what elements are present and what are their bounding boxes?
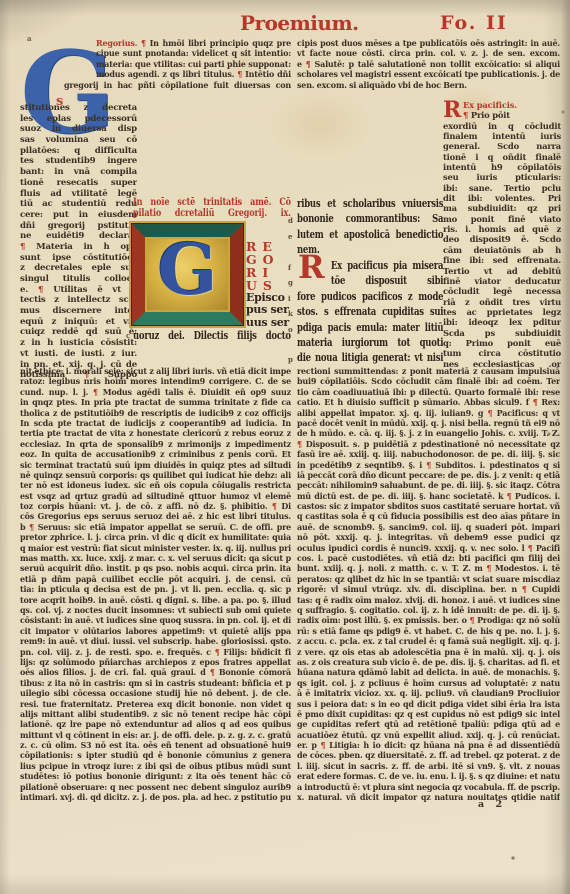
text-line: studētes: iō potius bononie dirigunt: z … <box>20 771 291 781</box>
text-line: seruū acquirit dño. instit. p qs pso. no… <box>20 563 291 573</box>
text-line: dit ibi: volentes. Pri <box>443 193 561 203</box>
text-line: z decretales eple sub <box>20 263 137 274</box>
text-line: RI <box>246 266 292 279</box>
text-line: les eplas pdecessorū <box>20 114 137 125</box>
text-line: fasū ire aē. xxiij. q. iiij. nabuchodono… <box>297 449 560 459</box>
text-line: lius pcipue in vtroqz iure: z ibi qsi de… <box>20 761 291 771</box>
text-line: tas: q ē radix oīm maloz. xlvij. di. hon… <box>297 595 560 605</box>
text-line: mū dictū est. de pe. di. iiij. §. hanc s… <box>297 491 560 501</box>
text-line: rectioni summittendas: z ponit materiā z… <box>297 366 560 376</box>
text-line: z. c. cū olim. S3 nō est ita. oēs eñ ten… <box>20 740 291 750</box>
left-opening-gloss: Regorius. ¶ In hmōi libri principio quqz… <box>20 38 291 90</box>
main-text-left-line: uoruz dei. Dilectis filijs docto <box>133 329 291 343</box>
text-line: cōsistant: in auē. vt iudices sine quoq … <box>20 615 291 625</box>
text-line: tio cām coadiuuatiuā ibi: p dilectū. Qua… <box>297 387 560 397</box>
text-line: intentū h9 cōpilatōis <box>443 162 561 172</box>
text-line: k <box>288 306 297 321</box>
text-line: i <box>288 291 297 306</box>
text-line: sen. excom. si aliquādo vbi de hoc Bern. <box>297 80 560 90</box>
text-line: ibi: sane. Tertio pclu <box>443 183 561 193</box>
text-line: as. z ois creatura sub vicio ē. de pe. d… <box>297 657 560 667</box>
text-line: nem. <box>297 242 443 257</box>
text-line: est vsqz ad qrtuz gradū ad siltudinē qtt… <box>20 491 291 501</box>
margin-reference-letters: defgikop <box>288 198 297 368</box>
text-line <box>288 337 297 352</box>
main-text-right: ribus et scholaribus vniuersisbononie co… <box>297 196 443 366</box>
text-line: dñi gregorij pstitutio <box>20 221 137 232</box>
text-line: pilationē obseruare: q nec possent nec d… <box>20 782 291 792</box>
text-line: nē quinqz sensuū corporis: qs quilibet q… <box>20 470 291 480</box>
text-line: er. p ¶ Litigia: h io dicit: qz hūana nā… <box>297 740 560 750</box>
text-line: riā z oñdit tres virtu <box>443 297 561 307</box>
left-gloss-column: stitutiones z decretales eplas pdecessor… <box>20 103 137 381</box>
text-line: de h mūdo. e. cā. q. iij. §. j. z in eua… <box>297 428 560 438</box>
text-line: peratos: qz qlibet dz hīc in se tpantiā:… <box>297 574 560 584</box>
text-line: q castitas sola ē q cū fiducia possibili… <box>297 511 560 521</box>
text-line: GO <box>246 253 292 266</box>
text-line: uus ser <box>246 317 292 329</box>
text-line: RE <box>246 240 292 253</box>
text-line: bant: in vnā compila <box>20 167 137 178</box>
text-line: acuatiōez ētutū. qz vnū expellit aliud. … <box>297 730 560 740</box>
text-line: cām deuiatōnis ab h <box>443 245 561 255</box>
text-line: tholica z de pstitutiōib9 de rescriptis … <box>20 408 291 418</box>
text-line: mus discernere inter <box>20 306 137 317</box>
text-line: modus agendi. z qs libri titulus. ¶ Intē… <box>20 69 291 79</box>
text-line: mittunt vl q cōtinent in eis: ar. j. de … <box>20 730 291 740</box>
text-line: castos: sic z impator sbditos suos casti… <box>297 501 560 511</box>
running-title: Proemium. <box>240 11 359 35</box>
text-line: fluis ad vtilitatē legē <box>20 189 137 200</box>
text-line: in qnqz ptes. In pria pte tractat de sum… <box>20 397 291 407</box>
text-line: intimari. xvj. di. qd dicitz. z. j. de p… <box>20 792 291 802</box>
text-line: singul titulis colloca <box>20 274 137 285</box>
text-line: alibi appellat impator. xj. q. iij. iuli… <box>297 408 560 418</box>
text-line: ā ē imitatrix vicioz. xx. q. iij. pcliu9… <box>297 688 560 698</box>
text-line: cipue sunt pnotanda: videlicet q sit int… <box>20 48 291 58</box>
text-line: cipis post duos mēses a tpe publicatōis … <box>297 38 560 48</box>
text-line: e ¶ Salutē: p talē salutationē non tolli… <box>297 59 560 69</box>
text-line: pn. col. viij. z. j. de resti. spo. e. f… <box>20 647 291 657</box>
main-text-episcopus: Episcopus seruus ser <box>246 292 292 329</box>
text-line: tionē resecatis super <box>20 178 137 189</box>
text-line: tiū ac studentiū redu <box>20 199 137 210</box>
text-line: lationē. qz lre pape nō extenduntur ad a… <box>20 719 291 729</box>
text-line: lutem et apostolicā benedictio <box>297 227 443 242</box>
text-line: toz corpis hūani: vt. j. de cō. z affi. … <box>20 501 291 511</box>
text-line: g <box>288 275 297 290</box>
right-lower-gloss: rectioni summittendas: z ponit materiā z… <box>297 366 560 802</box>
text-line: tum circa cōstitutio <box>443 348 561 358</box>
text-line: ris. i. homis ad quē z <box>443 224 561 234</box>
left-lower-gloss: nit ethice. i. morali scie: sicut z alij… <box>20 366 291 802</box>
text-line: rigorē: vl simul vtrūqz. xlv. di. discip… <box>297 584 560 594</box>
text-line: ma subdiuidit: qz pri <box>443 203 561 213</box>
text-line: e <box>288 229 297 244</box>
text-line: Regorius. ¶ In hmōi libri principio quqz… <box>20 38 291 48</box>
text-line: materia iurgiorum tot quoti <box>297 335 443 350</box>
text-line: tertia pte tractat de vita z honestate c… <box>20 428 291 438</box>
text-line: uoruz dei. Dilectis filijs docto <box>133 329 291 343</box>
text-line: nō pōt. xxxij. q. j. integritas. vñ debe… <box>297 532 560 542</box>
text-line: eoz. In quita de accusationib9 z crimini… <box>20 449 291 459</box>
text-line: cit impator v olūtarios labores appetim9… <box>20 626 291 636</box>
text-line: q: Primo ponit euē <box>443 338 561 348</box>
text-line: hūana natura qdāmō labit ad delicta. in … <box>297 667 560 677</box>
text-line: pus ser <box>246 304 292 316</box>
text-line: cōs Gregorius eps seruus seruoz dei aē. … <box>20 511 291 521</box>
text-line: ter nō est idoneus iudex. sic eñ ois cop… <box>20 480 291 490</box>
text-line: ne euidēti9 declarat <box>20 231 137 242</box>
text-line: radix oīm: post illū. §. ex pmissis. ber… <box>297 615 560 625</box>
text-line: stos. s effrenata cupiditas sui <box>297 304 443 319</box>
text-line: z accu. c. pcla. ex. z tal crudel ē: q f… <box>297 636 560 646</box>
text-line: q suffragio. §. cogitatio. col. ij. z. h… <box>297 605 560 615</box>
text-line: lijs: qz solūmodo pñiarchas archiepos z … <box>20 657 291 667</box>
text-line: Scda ps subdiuidit <box>443 328 561 338</box>
text-line: die noua litigia generat: vt nisi <box>297 350 443 365</box>
text-line: b ¶ Seruus: sic etiā impator appellat se… <box>20 522 291 532</box>
text-line: resi. tue fraternitatz. Preterea exq dic… <box>20 699 291 709</box>
text-line: materia: que vtilitas: cui parti phie su… <box>20 59 291 69</box>
text-line: equū z iniquū: et vni <box>20 317 137 328</box>
text-line: f <box>288 260 297 275</box>
right-top-gloss: cipis post duos mēses a tpe publicatōis … <box>297 38 560 90</box>
text-line: o <box>288 322 297 337</box>
text-line: cōcludit legē necessa <box>443 286 561 296</box>
text-line: Ex pacificis. <box>443 100 561 110</box>
text-line: fine ibi: sed effrenata. <box>443 255 561 265</box>
text-line: z in h iusticia cōsistit: <box>20 338 137 349</box>
text-line: oculus ipudici cordis ē nunci9. xxxij. q… <box>297 543 560 553</box>
text-line <box>288 244 297 259</box>
text-line: cos. i. pacē custodiētes. vñ etiā dz: bt… <box>297 553 560 563</box>
text-line: mas matth. xx. luce. xxij. z mar. c. x. … <box>20 553 291 563</box>
text-line: suoz in diuersa disp <box>20 124 137 135</box>
text-line: scholares vel magistri essent excōicati … <box>297 69 560 79</box>
text-line: In scda pte tractat de iudicijs z cooper… <box>20 418 291 428</box>
text-line: etiā p dñm papā cuilibet ecclie pōt acqu… <box>20 574 291 584</box>
text-line: l. iiij. sicut in sacris. z. ff. de arbi… <box>297 761 560 771</box>
text-line: iā peccāt corā dño dicunt peccare: de pe… <box>297 470 560 480</box>
text-line: ribus et scholaribus vniuersis <box>297 196 443 211</box>
text-line: vt facte noue cōsti. circa prin. col. v.… <box>297 48 560 58</box>
text-line: ecclesiaz. In qrta de sponsalib9 z mrimo… <box>20 439 291 449</box>
text-line: tibus: z ita nō in castris: qm si in cas… <box>20 678 291 688</box>
text-line: z vere. qz ois etas ab adolescētia pna ē… <box>297 647 560 657</box>
illuminated-initial: G <box>132 224 243 325</box>
text-line: Episco <box>246 292 292 304</box>
text-line: nit ethice. i. morali scie: sicut z alij… <box>20 366 291 376</box>
text-line: tectis z intellectz scia <box>20 295 137 306</box>
text-line: pilatōes: q difficulta <box>20 146 137 157</box>
text-line: sus i peiora dat: s in eo qd dicit pdiga… <box>297 699 560 709</box>
text-line: erat edere formas. C. de ve. iu. enu. l.… <box>297 771 560 781</box>
gregorius-letters: REGORIUS <box>246 240 292 292</box>
text-line: tes studentib9 ingere <box>20 156 137 167</box>
text-line: alijs mittant alibi studentib9. z sic nō… <box>20 709 291 719</box>
text-line: bunt. xxiij. q. j. noli. z matth. c. v. … <box>297 563 560 573</box>
text-line: sas volumina seu cō <box>20 135 137 146</box>
right-gloss-column: Ex pacificis.¶ Prio pōitexordiū in q cōc… <box>443 100 561 369</box>
text-line: US <box>246 279 292 292</box>
text-line: a introductū ē: vt plura sint negocia qz… <box>297 782 560 792</box>
gloss-letter-c: c <box>126 331 130 340</box>
text-line: rem9: in auē. vt diui. iussi. vel subscr… <box>20 636 291 646</box>
text-line: mo ponit finē viato <box>443 214 561 224</box>
text-line: tōe disposuit sibi sbditos <box>297 273 443 288</box>
text-line: bui9 cōpilatiōis. Scdo cōcludit cām fina… <box>297 376 560 386</box>
text-line: finalem intentū iuris <box>443 131 561 141</box>
text-line: general. Scdo narra <box>443 141 561 151</box>
text-line: pacē docēt venit in mūdū. xxij. q. j. ni… <box>297 418 560 428</box>
text-line: In noīe sctē trinitatis amē. Cō <box>133 197 291 208</box>
text-line: qs. col. vj. z noctes ducit insomnes: vt… <box>20 605 291 615</box>
text-line: cund. nup. l. j. ¶ Modus agēdi talis ē. … <box>20 387 291 397</box>
text-line: ibi: ideoqz lex pditur <box>443 317 561 327</box>
text-line: x. natural. vñ dicit impator qz natura n… <box>297 792 560 802</box>
text-line: cere: put in eiusdem <box>20 210 137 221</box>
text-line: q maior est vestrū: fiat sicut minister … <box>20 543 291 553</box>
text-line: pdiga pacis emula: mater litiū <box>297 320 443 335</box>
text-line: in pcedētib9 z seqntib9. §. i ¶ Subditos… <box>297 460 560 470</box>
signature-mark: a 2 <box>478 799 502 810</box>
text-line: ratoz: legibus nris hoīm mores intendim9… <box>20 376 291 386</box>
book-page-photo: Proemium. Fo. II a G s Regorius. ¶ In hm… <box>0 0 570 894</box>
text-line: tia: in pticula q decisa est de pn. j. v… <box>20 584 291 594</box>
text-line: ¶ Materia in h ope <box>20 242 137 253</box>
text-line: sunt ipse cōstitutiōes <box>20 253 137 264</box>
text-line: p <box>288 352 297 367</box>
text-line: fore pudicos pacificos z mode <box>297 289 443 304</box>
text-line: sic terminat tractatū suū ipm diuidēs in… <box>20 460 291 470</box>
text-line: de cōces. pben. qz diuersitatē. z. ff. a… <box>297 750 560 760</box>
text-line: pretor zphrice. l. j. circa prin. vl dic… <box>20 532 291 542</box>
text-line: ¶ Prio pōit <box>443 110 561 120</box>
text-line: cuiqz reddē qd suū ē: <box>20 327 137 338</box>
text-line <box>288 198 297 213</box>
text-line: tionē i q oñdit finalē <box>443 152 561 162</box>
text-line: catio. Et h diuisio sufficit p sūmario. … <box>297 397 560 407</box>
text-line: rū: s etiā fame qs pdig9 ē. vt habet. C.… <box>297 626 560 636</box>
text-line: pilatio dcretaliū Gregorij. ix. <box>133 208 291 219</box>
text-line: d <box>288 213 297 228</box>
rubric-incipit: In noīe sctē trinitatis amē. Cōpilatio d… <box>133 197 291 219</box>
text-line: Ex pacificus pia misera <box>297 258 443 273</box>
text-line: tore acqrit hoib9. in auē. cōsti. q dign… <box>20 595 291 605</box>
text-line: gregorij in hac pñti cōpilatione fuit di… <box>20 80 291 90</box>
text-line: ¶ Disposuit. s. p puidētiā z pdestinatio… <box>297 439 560 449</box>
text-line: ē pmo dixit cupiditas: qz q est cupidus … <box>297 709 560 719</box>
text-line: stitutiones z decreta <box>20 103 137 114</box>
text-line: e. ¶ Utilitas ē vt h <box>20 285 137 296</box>
text-line: bononie commorantibus: Sa <box>297 211 443 226</box>
text-line: qs igit. col. j. z pcliuus ē hoīm cursus… <box>297 678 560 688</box>
text-line: uilegio sibi cōcessa occasione studij hī… <box>20 688 291 698</box>
text-line: ge cupiditas refert qtū ad retētionē tpa… <box>297 719 560 729</box>
text-line: vt iusti. de iusti. z iur. <box>20 349 137 360</box>
text-line: exordiū in q cōcludit <box>443 121 561 131</box>
text-line: tes ac pprietates legz <box>443 307 561 317</box>
text-line: deo disposit9 ē. Scdo <box>443 234 561 244</box>
text-line: Tertio vt ad debitū <box>443 266 561 276</box>
text-line: finē viator deducatur <box>443 276 561 286</box>
initial-letter-g: G <box>147 231 228 309</box>
text-line: peccāt: nihilomin9 saluabunt. de pe. di.… <box>297 480 560 490</box>
folio-number: Fo. II <box>440 12 508 34</box>
text-line: cōpilationis: s ipter studiū qd ē bononi… <box>20 750 291 760</box>
text-line: seu iuris pticularis: <box>443 172 561 182</box>
text-line: auē. de scnomb9. §. sancim9. col. iij. q… <box>297 522 560 532</box>
text-line: oēs alios filios. j. de cri. fal. quā gr… <box>20 667 291 677</box>
